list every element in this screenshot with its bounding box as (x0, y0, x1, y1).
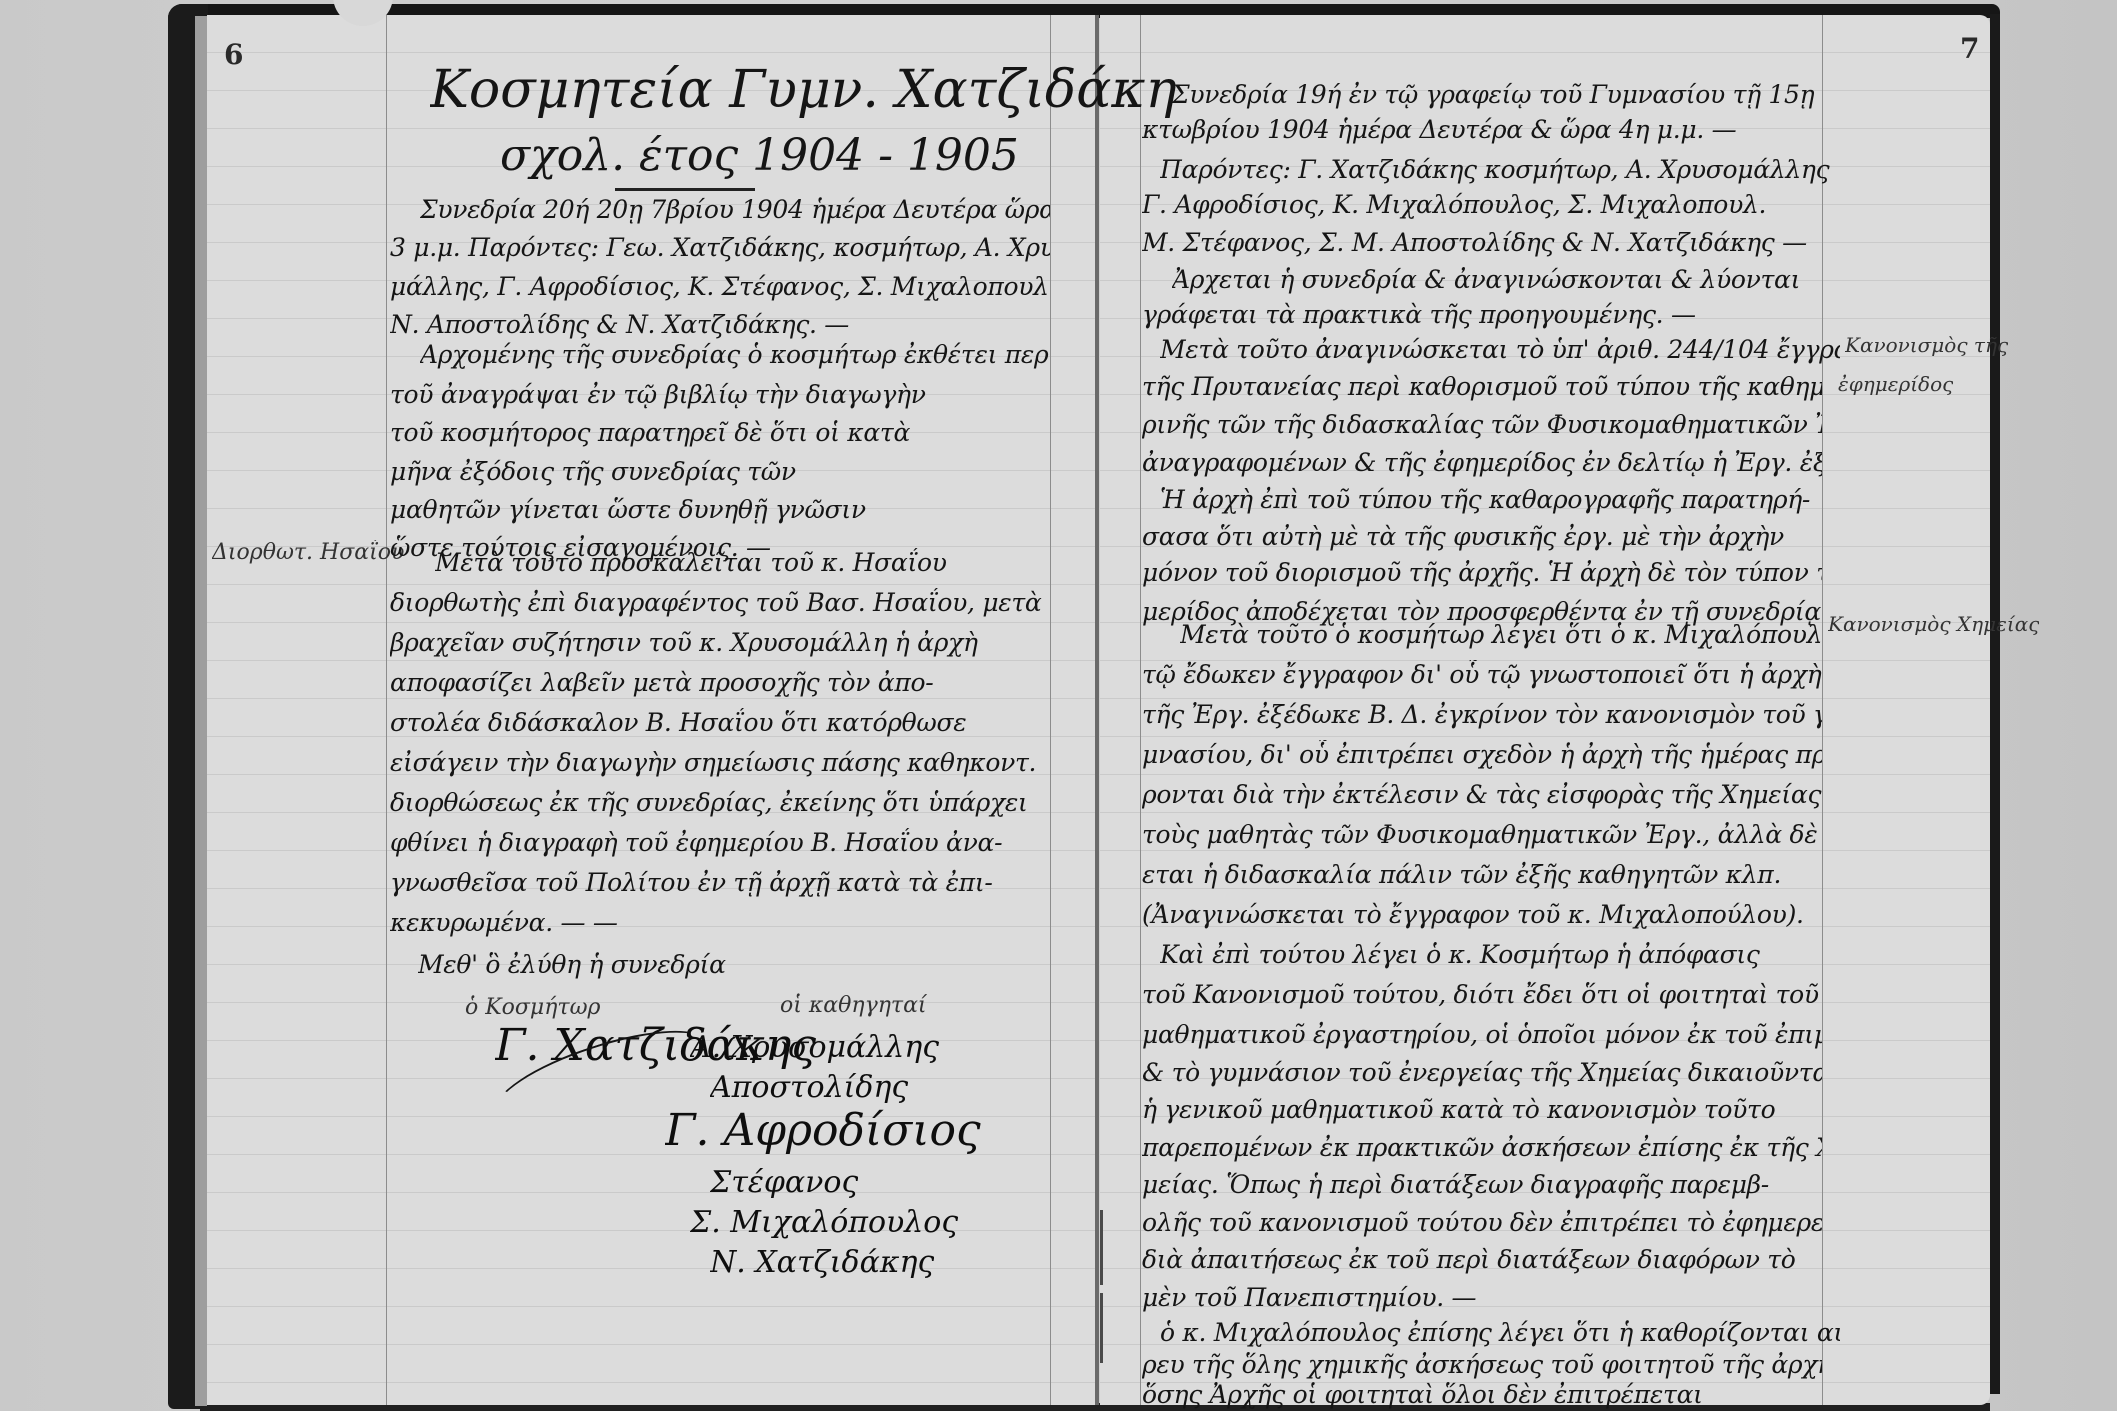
handwritten-line: διὰ ἀπαιτήσεως ἐκ τοῦ περὶ διατάξεων δια… (1142, 1245, 1822, 1274)
handwritten-line: ρευ τῆς ὅλης χημικῆς ἀσκήσεως τοῦ φοιτητ… (1142, 1350, 1822, 1379)
page-stack-edge (195, 16, 207, 1406)
handwritten-line: γνωσθεῖσα τοῦ Πολίτου ἐν τῇ ἀρχῇ κατὰ τὰ… (390, 868, 1050, 897)
school-year: σχολ. έτος 1904 - 1905 (500, 130, 1019, 181)
handwritten-line: μαθητῶν γίνεται ὥστε δυνηθῇ γνῶσιν (390, 495, 1050, 524)
handwritten-line: κτωβρίου 1904 ἡμέρα Δευτέρα & ὥρα 4η μ.μ… (1142, 115, 1822, 144)
handwritten-line: εἰσάγειν τὴν διαγωγὴν σημείωσις πάσης κα… (390, 748, 1050, 777)
handwritten-line: ολῆς τοῦ κανονισμοῦ τούτου δὲν ἐπιτρέπει… (1142, 1208, 1822, 1237)
handwritten-line: 3 μ.μ. Παρόντες: Γεω. Χατζιδάκης, κοσμήτ… (390, 233, 1050, 262)
handwritten-line: Καὶ ἐπὶ τούτου λέγει ὁ κ. Κοσμήτωρ ἡ ἀπό… (1160, 940, 1840, 969)
handwritten-line: μαθηματικοῦ ἐργαστηρίου, οἱ ὁποῖοι μόνον… (1142, 1020, 1822, 1049)
document-title: Κοσμητεία Γυμν. Χατζιδάκη (430, 60, 1177, 120)
handwritten-line: τῆς Πρυτανείας περὶ καθορισμοῦ τοῦ τύπου… (1142, 372, 1822, 401)
handwritten-line: βραχεῖαν συζήτησιν τοῦ κ. Χρυσομάλλη ἡ ἀ… (390, 628, 1050, 657)
handwritten-line: εται ἡ διδασκαλία πάλιν τῶν ἐξῆς καθηγητ… (1142, 860, 1822, 889)
signature: Γ. Αφροδίσιος (665, 1105, 981, 1156)
handwritten-line: τοῦ Κανονισμοῦ τούτου, διότι ἔδει ὅτι οἱ… (1142, 980, 1822, 1009)
handwritten-line: & τὸ γυμνάσιον τοῦ ἐνεργείας τῆς Χημείας… (1142, 1058, 1822, 1087)
margin-note: Διορθωτ. Ησαΐου (212, 540, 404, 565)
handwritten-line: Ἡ ἀρχὴ ἐπὶ τοῦ τύπου τῆς καθαρογραφῆς πα… (1160, 485, 1840, 514)
handwritten-line: τοὺς μαθητὰς τῶν Φυσικομαθηματικῶν Ἐργ.,… (1142, 820, 1822, 849)
page-number-right: 7 (1960, 32, 1979, 65)
signature: Στέφανος (710, 1165, 858, 1200)
signature: Σ. Μιχαλόπουλος (690, 1205, 958, 1240)
binding-stitch (1100, 1293, 1103, 1363)
handwritten-line: Μετὰ τοῦτο ἀναγινώσκεται τὸ ὑπ' ἀριθ. 24… (1160, 335, 1840, 364)
handwritten-line: ρονται διὰ τὴν ἐκτέλεσιν & τὰς εἰσφορὰς … (1142, 780, 1822, 809)
margin-note: Κανονισμὸς Χημείας (1828, 612, 2039, 636)
margin-note: ἐφημερίδος (1838, 372, 1953, 396)
handwritten-line: τοῦ κοσμήτορος παρατηρεῖ δὲ ὅτι οἱ κατὰ (390, 418, 1050, 447)
signature: Ν. Χατζιδάκης (710, 1245, 934, 1280)
left-page-margin-rule (386, 15, 387, 1405)
handwritten-line: Ἀρχεται ἡ συνεδρία & ἀναγινώσκονται & λύ… (1172, 265, 1822, 294)
title-separator (615, 188, 755, 191)
handwritten-line: ἡ γενικοῦ μαθηματικοῦ κατὰ τὸ κανονισμὸν… (1142, 1095, 1822, 1124)
signature-label-professors: οἱ καθηγηταί (780, 993, 927, 1018)
handwritten-line: ρινῆς τῶν τῆς διδασκαλίας τῶν Φυσικομαθη… (1142, 410, 1822, 439)
handwritten-line: φθίνει ἡ διαγραφὴ τοῦ ἐφημερίου Β. Ησαΐο… (390, 828, 1050, 857)
handwritten-line: μόνον τοῦ διορισμοῦ τῆς ἀρχῆς. Ἡ ἀρχὴ δὲ… (1142, 558, 1822, 587)
handwritten-line: στολέα διδάσκαλον Β. Ησαΐου ὅτι κατόρθωσ… (390, 708, 1050, 737)
handwritten-line: αποφασίζει λαβεῖν μετὰ προσοχῆς τὸν ἀπο- (390, 668, 1050, 697)
handwritten-line: διορθώσεως ἐκ τῆς συνεδρίας, ἐκείνης ὅτι… (390, 788, 1050, 817)
handwritten-line: τοῦ ἀναγράψαι ἐν τῷ βιβλίῳ τὴν διαγωγὴν (390, 380, 1050, 409)
handwritten-line: Συνεδρία 19ή ἐν τῷ γραφείῳ τοῦ Γυμνασίου… (1172, 80, 1822, 109)
handwritten-line: μῆνα ἐξόδοις τῆς συνεδρίας τῶν (390, 457, 1050, 486)
right-page-margin-rule (1140, 15, 1141, 1405)
handwritten-line: Μετὰ τοῦτο ὁ κοσμήτωρ λέγει ὅτι ὁ κ. Μιχ… (1180, 620, 1822, 649)
handwritten-line: ὁ κ. Μιχαλόπουλος ἐπίσης λέγει ὅτι ἡ καθ… (1160, 1318, 1840, 1347)
handwritten-line: τῷ ἔδωκεν ἔγγραφον δι' οὗ τῷ γνωστοποιεῖ… (1142, 660, 1822, 689)
handwritten-line: μὲν τοῦ Πανεπιστημίου. — (1142, 1283, 1822, 1312)
handwritten-line: Ν. Αποστολίδης & Ν. Χατζιδάκης. — (390, 310, 1050, 339)
handwritten-line: Παρόντες: Γ. Χατζιδάκης κοσμήτωρ, Α. Χρυ… (1160, 155, 1840, 184)
handwritten-line: Αρχομένης τῆς συνεδρίας ὁ κοσμήτωρ ἐκθέτ… (420, 340, 1050, 369)
closing-statement: Μεθ' ὃ ἐλύθη ἡ συνεδρία (418, 950, 1078, 979)
binding-stitch (1100, 1210, 1103, 1285)
signature: Α. Χρυσομάλλης (690, 1030, 939, 1065)
book-cover-right-edge (1990, 14, 2000, 1394)
page-number-left: 6 (224, 38, 243, 71)
handwritten-line: Γ. Αφροδίσιος, Κ. Μιχαλόπουλος, Σ. Μιχαλ… (1142, 190, 1822, 219)
margin-note: Κανονισμὸς τῆς (1845, 333, 2008, 357)
handwritten-line: ὅσης Ἀρχῆς οἱ φοιτηταὶ ὅλοι δὲν ἐπιτρέπε… (1142, 1380, 1822, 1409)
right-page-right-rule (1822, 15, 1823, 1405)
handwritten-line: μάλλης, Γ. Αφροδίσιος, Κ. Στέφανος, Σ. Μ… (390, 272, 1050, 301)
handwritten-line: (Ἀναγινώσκεται τὸ ἔγγραφον τοῦ κ. Μιχαλο… (1142, 900, 1822, 929)
signature-label-dean: ὁ Κοσμήτωρ (465, 995, 600, 1020)
handwritten-line: τῆς Ἐργ. ἐξέδωκε Β. Δ. ἐγκρίνον τὸν κανο… (1142, 700, 1822, 729)
handwritten-line: σασα ὅτι αὐτὴ μὲ τὰ τῆς φυσικῆς ἐργ. μὲ … (1142, 522, 1822, 551)
handwritten-line: κεκυρωμένα. — — (390, 908, 1050, 937)
handwritten-line: Μ. Στέφανος, Σ. Μ. Αποστολίδης & Ν. Χατζ… (1142, 228, 1822, 257)
handwritten-line: ἀναγραφομένων & τῆς ἐφημερίδος ἐν δελτίῳ… (1142, 448, 1822, 477)
handwritten-line: παρεπομένων ἐκ πρακτικῶν ἀσκήσεων ἐπίσης… (1142, 1133, 1822, 1162)
handwritten-line: μνασίου, δι' οὗ ἐπιτρέπει σχεδὸν ἡ ἀρχὴ … (1142, 740, 1822, 769)
signature: Αποστολίδης (710, 1070, 908, 1105)
handwritten-line: Συνεδρία 20ή 20ῃ 7βρίου 1904 ἡμέρα Δευτέ… (420, 195, 1050, 224)
handwritten-line: γράφεται τὰ πρακτικὰ τῆς προηγουμένης. — (1142, 300, 1822, 329)
book-gutter (1095, 15, 1099, 1405)
left-page-right-rule (1050, 15, 1051, 1405)
handwritten-line: Μετὰ τοῦτο προσκαλεῖται τοῦ κ. Ησαΐου (435, 548, 1050, 577)
handwritten-line: μείας. Ὅπως ἡ περὶ διατάξεων διαγραφῆς π… (1142, 1170, 1822, 1199)
handwritten-line: διορθωτὴς ἐπὶ διαγραφέντος τοῦ Βασ. Ησαΐ… (390, 588, 1050, 617)
